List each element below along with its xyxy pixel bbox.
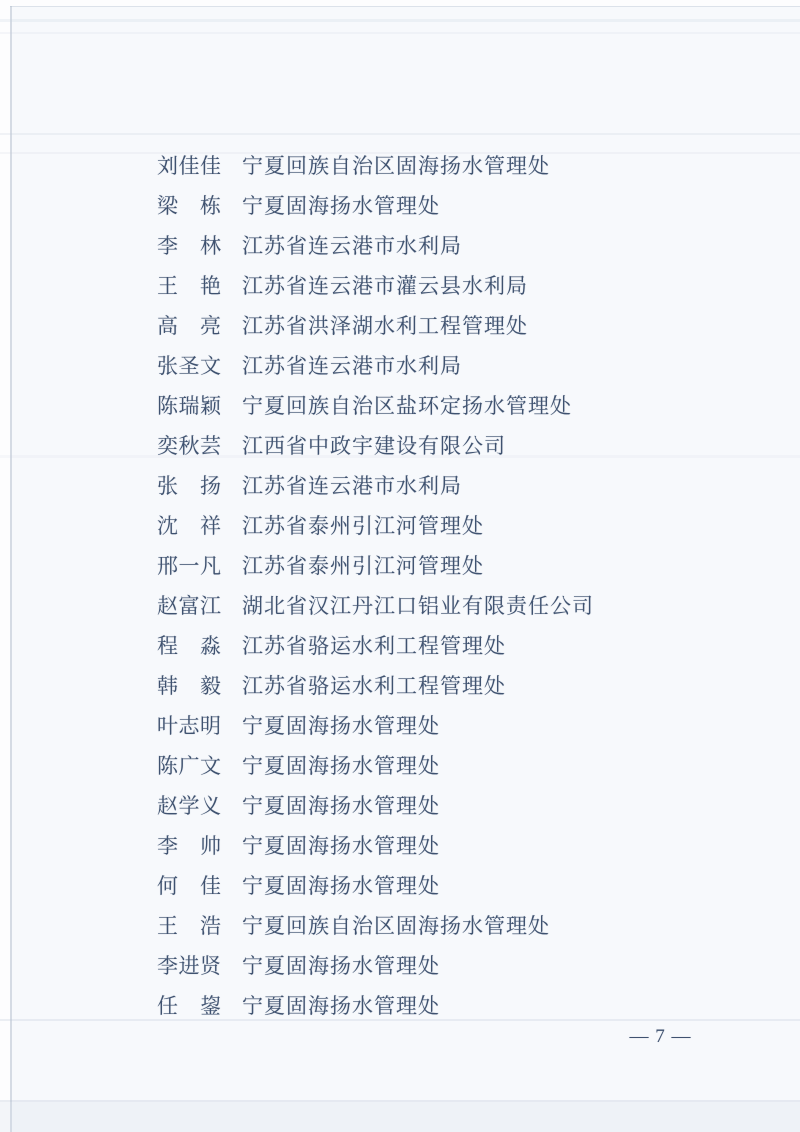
entry-organization: 江苏省骆运水利工程管理处 (242, 626, 506, 666)
list-item: 叶志明宁夏固海扬水管理处 (157, 706, 777, 746)
list-item: 沈 祥江苏省泰州引江河管理处 (157, 506, 777, 546)
list-item: 程 淼江苏省骆运水利工程管理处 (157, 626, 777, 666)
entry-name: 韩 毅 (157, 666, 221, 706)
list-item: 张 扬江苏省连云港市水利局 (157, 466, 777, 506)
list-item: 何 佳宁夏固海扬水管理处 (157, 866, 777, 906)
entry-name: 沈 祥 (157, 506, 221, 546)
entry-organization: 江苏省泰州引江河管理处 (242, 546, 484, 586)
entry-name: 赵学义 (157, 786, 221, 826)
entry-name: 任 鋆 (157, 986, 221, 1026)
entry-name: 梁 栋 (157, 186, 221, 226)
list-item: 陈瑞颖宁夏回族自治区盐环定扬水管理处 (157, 386, 777, 426)
entry-organization: 宁夏回族自治区盐环定扬水管理处 (242, 386, 572, 426)
list-item: 高 亮江苏省洪泽湖水利工程管理处 (157, 306, 777, 346)
list-item: 王 浩宁夏回族自治区固海扬水管理处 (157, 906, 777, 946)
entry-name: 何 佳 (157, 866, 221, 906)
entry-name: 李 帅 (157, 826, 221, 866)
entry-organization: 宁夏回族自治区固海扬水管理处 (242, 906, 550, 946)
entry-organization: 宁夏固海扬水管理处 (242, 186, 440, 226)
entry-organization: 江苏省连云港市灌云县水利局 (242, 266, 528, 306)
entry-name: 高 亮 (157, 306, 221, 346)
list-item: 梁 栋宁夏固海扬水管理处 (157, 186, 777, 226)
list-item: 赵学义宁夏固海扬水管理处 (157, 786, 777, 826)
list-item: 奕秋芸江西省中政宇建设有限公司 (157, 426, 777, 466)
entry-name: 王 艳 (157, 266, 221, 306)
entry-organization: 宁夏固海扬水管理处 (242, 746, 440, 786)
list-item: 任 鋆宁夏固海扬水管理处 (157, 986, 777, 1026)
entry-organization: 宁夏固海扬水管理处 (242, 786, 440, 826)
entry-organization: 宁夏固海扬水管理处 (242, 986, 440, 1026)
entry-organization: 江西省中政宇建设有限公司 (242, 426, 506, 466)
entry-name: 李 林 (157, 226, 221, 266)
name-list: 刘佳佳宁夏回族自治区固海扬水管理处 梁 栋宁夏固海扬水管理处 李 林江苏省连云港… (157, 146, 777, 1026)
entry-name: 李进贤 (157, 946, 221, 986)
list-item: 王 艳江苏省连云港市灌云县水利局 (157, 266, 777, 306)
list-item: 刘佳佳宁夏回族自治区固海扬水管理处 (157, 146, 777, 186)
entry-organization: 江苏省泰州引江河管理处 (242, 506, 484, 546)
entry-name: 陈广文 (157, 746, 221, 786)
list-item: 赵富江湖北省汉江丹江口铝业有限责任公司 (157, 586, 777, 626)
page-number: — 7 — (613, 1026, 708, 1048)
entry-organization: 宁夏固海扬水管理处 (242, 946, 440, 986)
entry-name: 陈瑞颖 (157, 386, 221, 426)
scanned-document-page: { "document": { "theme": { "text_color":… (0, 0, 800, 1132)
paper-left-edge (10, 6, 12, 1132)
entry-name: 奕秋芸 (157, 426, 221, 466)
entry-name: 刘佳佳 (157, 146, 221, 186)
entry-name: 叶志明 (157, 706, 221, 746)
entry-name: 邢一凡 (157, 546, 221, 586)
entry-name: 程 淼 (157, 626, 221, 666)
list-item: 李 林江苏省连云港市水利局 (157, 226, 777, 266)
entry-name: 张圣文 (157, 346, 221, 386)
entry-organization: 湖北省汉江丹江口铝业有限责任公司 (242, 586, 594, 626)
entry-organization: 江苏省连云港市水利局 (242, 466, 462, 506)
entry-organization: 江苏省洪泽湖水利工程管理处 (242, 306, 528, 346)
list-item: 陈广文宁夏固海扬水管理处 (157, 746, 777, 786)
list-item: 李进贤宁夏固海扬水管理处 (157, 946, 777, 986)
entry-organization: 宁夏回族自治区固海扬水管理处 (242, 146, 550, 186)
entry-organization: 江苏省连云港市水利局 (242, 346, 462, 386)
list-item: 韩 毅江苏省骆运水利工程管理处 (157, 666, 777, 706)
entry-name: 王 浩 (157, 906, 221, 946)
list-item: 邢一凡江苏省泰州引江河管理处 (157, 546, 777, 586)
list-item: 张圣文江苏省连云港市水利局 (157, 346, 777, 386)
entry-organization: 宁夏固海扬水管理处 (242, 866, 440, 906)
entry-organization: 江苏省连云港市水利局 (242, 226, 462, 266)
entry-name: 赵富江 (157, 586, 221, 626)
entry-organization: 江苏省骆运水利工程管理处 (242, 666, 506, 706)
entry-name: 张 扬 (157, 466, 221, 506)
paper-top-edge (10, 6, 800, 7)
entry-organization: 宁夏固海扬水管理处 (242, 706, 440, 746)
entry-organization: 宁夏固海扬水管理处 (242, 826, 440, 866)
list-item: 李 帅宁夏固海扬水管理处 (157, 826, 777, 866)
